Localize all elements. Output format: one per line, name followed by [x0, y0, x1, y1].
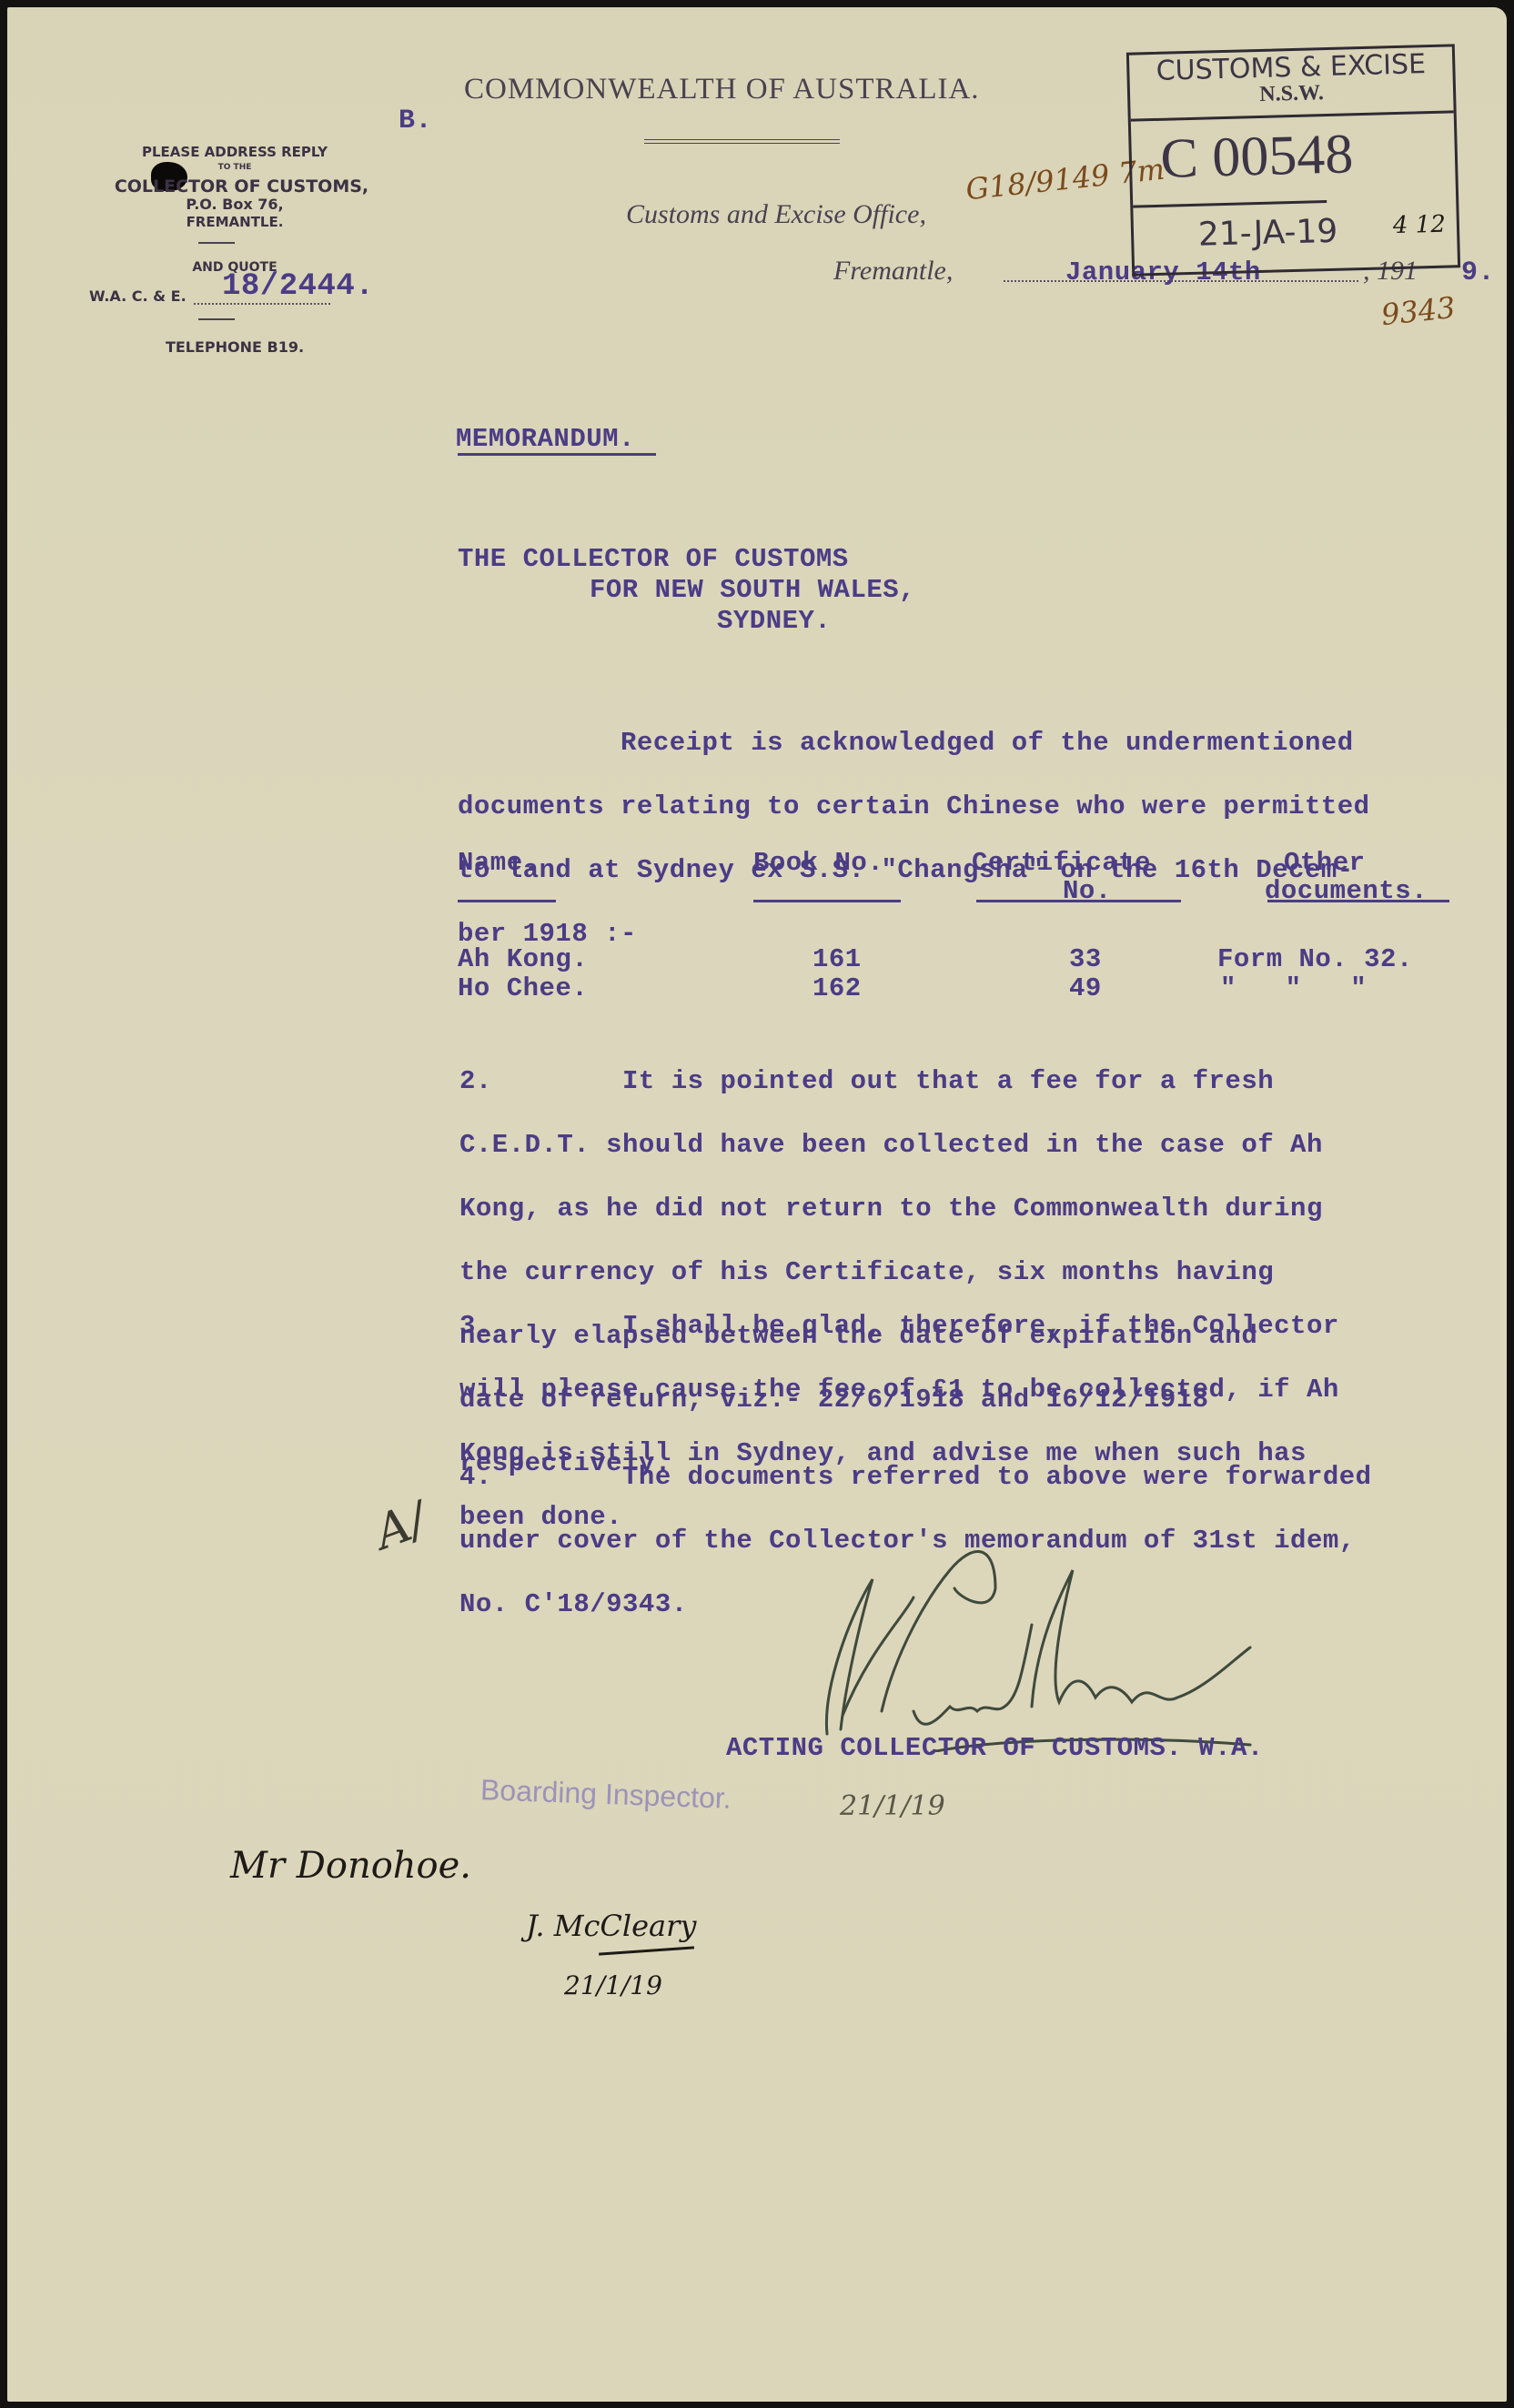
note-initials: J. McCleary [526, 1909, 696, 1943]
signature [744, 1517, 1381, 1736]
reply-block-collector: COLLECTOR OF CUSTOMS, [89, 176, 394, 196]
intro-line: Receipt is acknowledged of the underment… [458, 728, 1370, 759]
boarding-date: 21/1/19 [840, 1790, 945, 1822]
intro-paragraph: Receipt is acknowledged of the underment… [458, 695, 1370, 982]
stamp-time: 4 12 [1393, 211, 1447, 240]
double-rule-top [644, 139, 840, 140]
para-line: 3. I shall be glad, therefore, if the Co… [459, 1311, 1339, 1342]
number-handwritten: 9343 [1379, 290, 1457, 332]
signature-icon [759, 1534, 1396, 1752]
col-header-cert: Certificate [972, 848, 1151, 879]
signatory-title: ACTING COLLECTOR OF CUSTOMS. W.A. [726, 1733, 1264, 1764]
memo-heading-underline [458, 453, 656, 456]
note-addressee: Mr Donohoe. [230, 1845, 471, 1887]
double-rule-bottom [644, 143, 840, 144]
intro-line: to land at Sydney ex S.S. "Changsha" on … [458, 855, 1370, 886]
received-stamp: CUSTOMS & EXCISE N.S.W. C 00548 21-JA-19… [1126, 44, 1460, 276]
boarding-inspector-stamp: Boarding Inspector. [479, 1772, 732, 1816]
country-heading: COMMONWEALTH OF AUSTRALIA. [464, 71, 980, 107]
stamp-number: C 00548 [1095, 122, 1419, 190]
office-name: Customs and Excise Office, [626, 198, 926, 231]
memo-heading: MEMORANDUM. [456, 424, 635, 455]
cell-cert: 49 [1069, 973, 1102, 1004]
cell-other: " " " [1220, 973, 1367, 1004]
col-header-other: Other [1284, 848, 1366, 879]
reply-block-line1: PLEASE ADDRESS REPLY [89, 144, 380, 160]
note-date: 21/1/19 [564, 1970, 662, 2000]
telephone: TELEPHONE B19. [89, 338, 380, 356]
col-underline [1267, 900, 1449, 902]
ref-label: W.A. C. & E. [89, 287, 187, 305]
addressee-line1: THE COLLECTOR OF CUSTOMS [458, 544, 849, 575]
city-label: Fremantle, [833, 255, 953, 287]
cell-name: Ho Chee. [458, 973, 588, 1004]
para-line: 2. It is pointed out that a fee for a fr… [459, 1066, 1323, 1097]
stamp-divider [1131, 110, 1454, 121]
stamp-date: 21-JA-19 [1106, 211, 1430, 256]
divider [198, 242, 235, 244]
intro-line: documents relating to certain Chinese wh… [458, 791, 1370, 822]
para-line: 4. The documents referred to above were … [459, 1462, 1372, 1493]
cell-cert: 33 [1069, 944, 1102, 975]
reply-block-city: FREMANTLE. [89, 214, 380, 230]
document-page: PLEASE ADDRESS REPLY TO THE COLLECTOR OF… [7, 7, 1507, 2402]
col-header-book: Book No. [753, 848, 883, 879]
para-line: Kong, as he did not return to the Common… [459, 1194, 1323, 1224]
section-mark: B. [399, 106, 432, 136]
reply-block-pobox: P.O. Box 76, [89, 196, 380, 213]
col-underline [976, 900, 1181, 902]
addressee-line2: FOR NEW SOUTH WALES, [590, 575, 915, 606]
reply-block-line2: TO THE [89, 163, 380, 172]
col-header-name: Name. [458, 848, 540, 879]
year-typed: 9. [1461, 257, 1495, 288]
col-underline [458, 900, 556, 902]
col-underline [753, 900, 901, 902]
cell-book: 161 [813, 944, 862, 975]
stamp-divider [1133, 200, 1327, 208]
para-line: C.E.D.T. should have been collected in t… [459, 1130, 1323, 1161]
cell-other: Form No. 32. [1217, 944, 1413, 975]
para-line: will please cause the fee of £1 to be co… [459, 1375, 1339, 1406]
addressee-line3: SYDNEY. [717, 606, 831, 637]
initials-underline [599, 1946, 694, 1955]
divider [198, 318, 235, 320]
margin-initials: A/ [368, 1492, 433, 1560]
cell-name: Ah Kong. [458, 944, 588, 975]
cell-book: 162 [813, 973, 862, 1004]
ref-number: 18/2444. [222, 269, 374, 304]
